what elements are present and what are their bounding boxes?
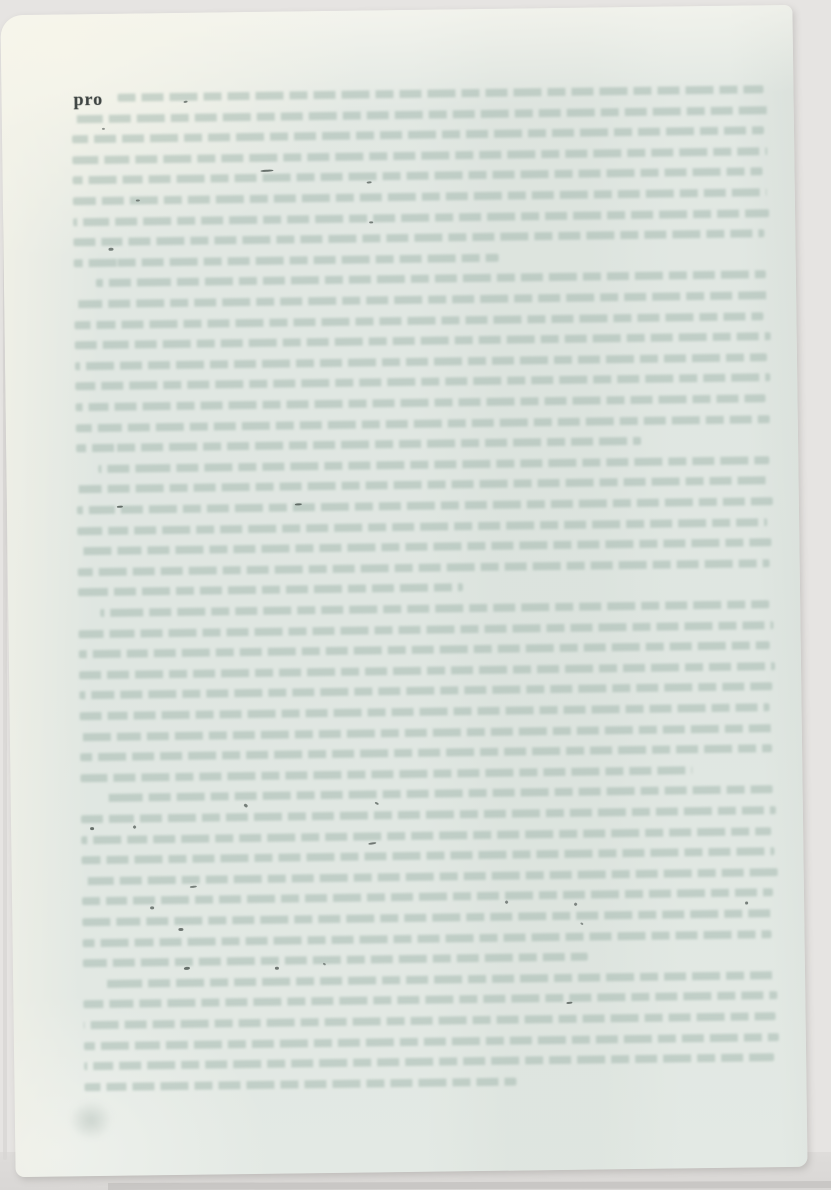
ink-speck — [745, 902, 748, 905]
faded-text-line — [76, 415, 770, 432]
faded-text-line — [74, 254, 499, 268]
faded-text-line — [84, 1033, 779, 1050]
ink-speck — [275, 967, 279, 970]
ink-speck — [369, 221, 373, 223]
faded-text-line — [96, 271, 766, 288]
ink-speck — [102, 128, 105, 130]
faded-text-line — [72, 106, 768, 123]
faded-text-line — [79, 683, 772, 700]
faded-text-line — [84, 1053, 774, 1070]
faded-text-line — [103, 786, 773, 803]
faded-text-line — [105, 971, 776, 988]
faded-text-line — [75, 332, 771, 349]
faded-text-line — [100, 600, 769, 617]
faded-text-line — [83, 930, 772, 947]
ink-speck — [150, 906, 154, 909]
ink-specks-layer — [0, 5, 792, 15]
faded-text-line — [73, 188, 767, 205]
book-page: pro — [0, 5, 807, 1177]
faded-text-line — [76, 394, 766, 411]
faded-text-line — [80, 766, 692, 782]
faded-text-line — [81, 827, 771, 844]
page-number-smudge — [69, 1100, 114, 1141]
faded-text-line — [75, 353, 767, 370]
faded-text-line — [98, 456, 769, 473]
faded-text-line — [76, 437, 641, 452]
faded-text-line — [77, 538, 771, 555]
ink-speck — [108, 248, 113, 251]
faded-text-line — [75, 374, 770, 391]
faded-text-line — [81, 806, 776, 823]
faded-text-line — [78, 559, 770, 576]
faded-text-line — [73, 209, 769, 226]
faded-text-line — [72, 147, 767, 164]
faded-text-line — [79, 662, 775, 679]
faded-text-line — [74, 291, 768, 308]
ink-speck — [90, 827, 94, 830]
faded-text-line — [72, 126, 764, 143]
faded-text-line — [80, 724, 774, 741]
faded-text-line — [77, 477, 770, 494]
faded-text-line — [74, 312, 763, 329]
faded-text-line — [84, 1012, 776, 1029]
faded-text-line — [82, 889, 773, 906]
faded-text-line — [78, 621, 773, 638]
faded-text-line — [78, 584, 463, 597]
faded-text-line — [83, 953, 588, 968]
faded-text-block — [71, 85, 784, 1094]
faded-text-line — [73, 229, 764, 246]
faded-text-line — [82, 868, 778, 885]
faded-text-line — [79, 641, 770, 658]
faded-text-line — [80, 703, 770, 720]
faded-text-line — [84, 1077, 516, 1091]
faded-text-line — [77, 518, 767, 535]
faded-text-line — [80, 744, 772, 761]
faded-text-line — [117, 85, 763, 101]
faded-text-line — [83, 992, 777, 1009]
ink-speck — [178, 928, 183, 931]
faded-text-line — [77, 497, 773, 514]
faded-text-line — [82, 909, 776, 926]
faded-text-line — [81, 847, 774, 864]
faded-text-line — [73, 168, 763, 185]
ink-speck — [136, 199, 140, 201]
